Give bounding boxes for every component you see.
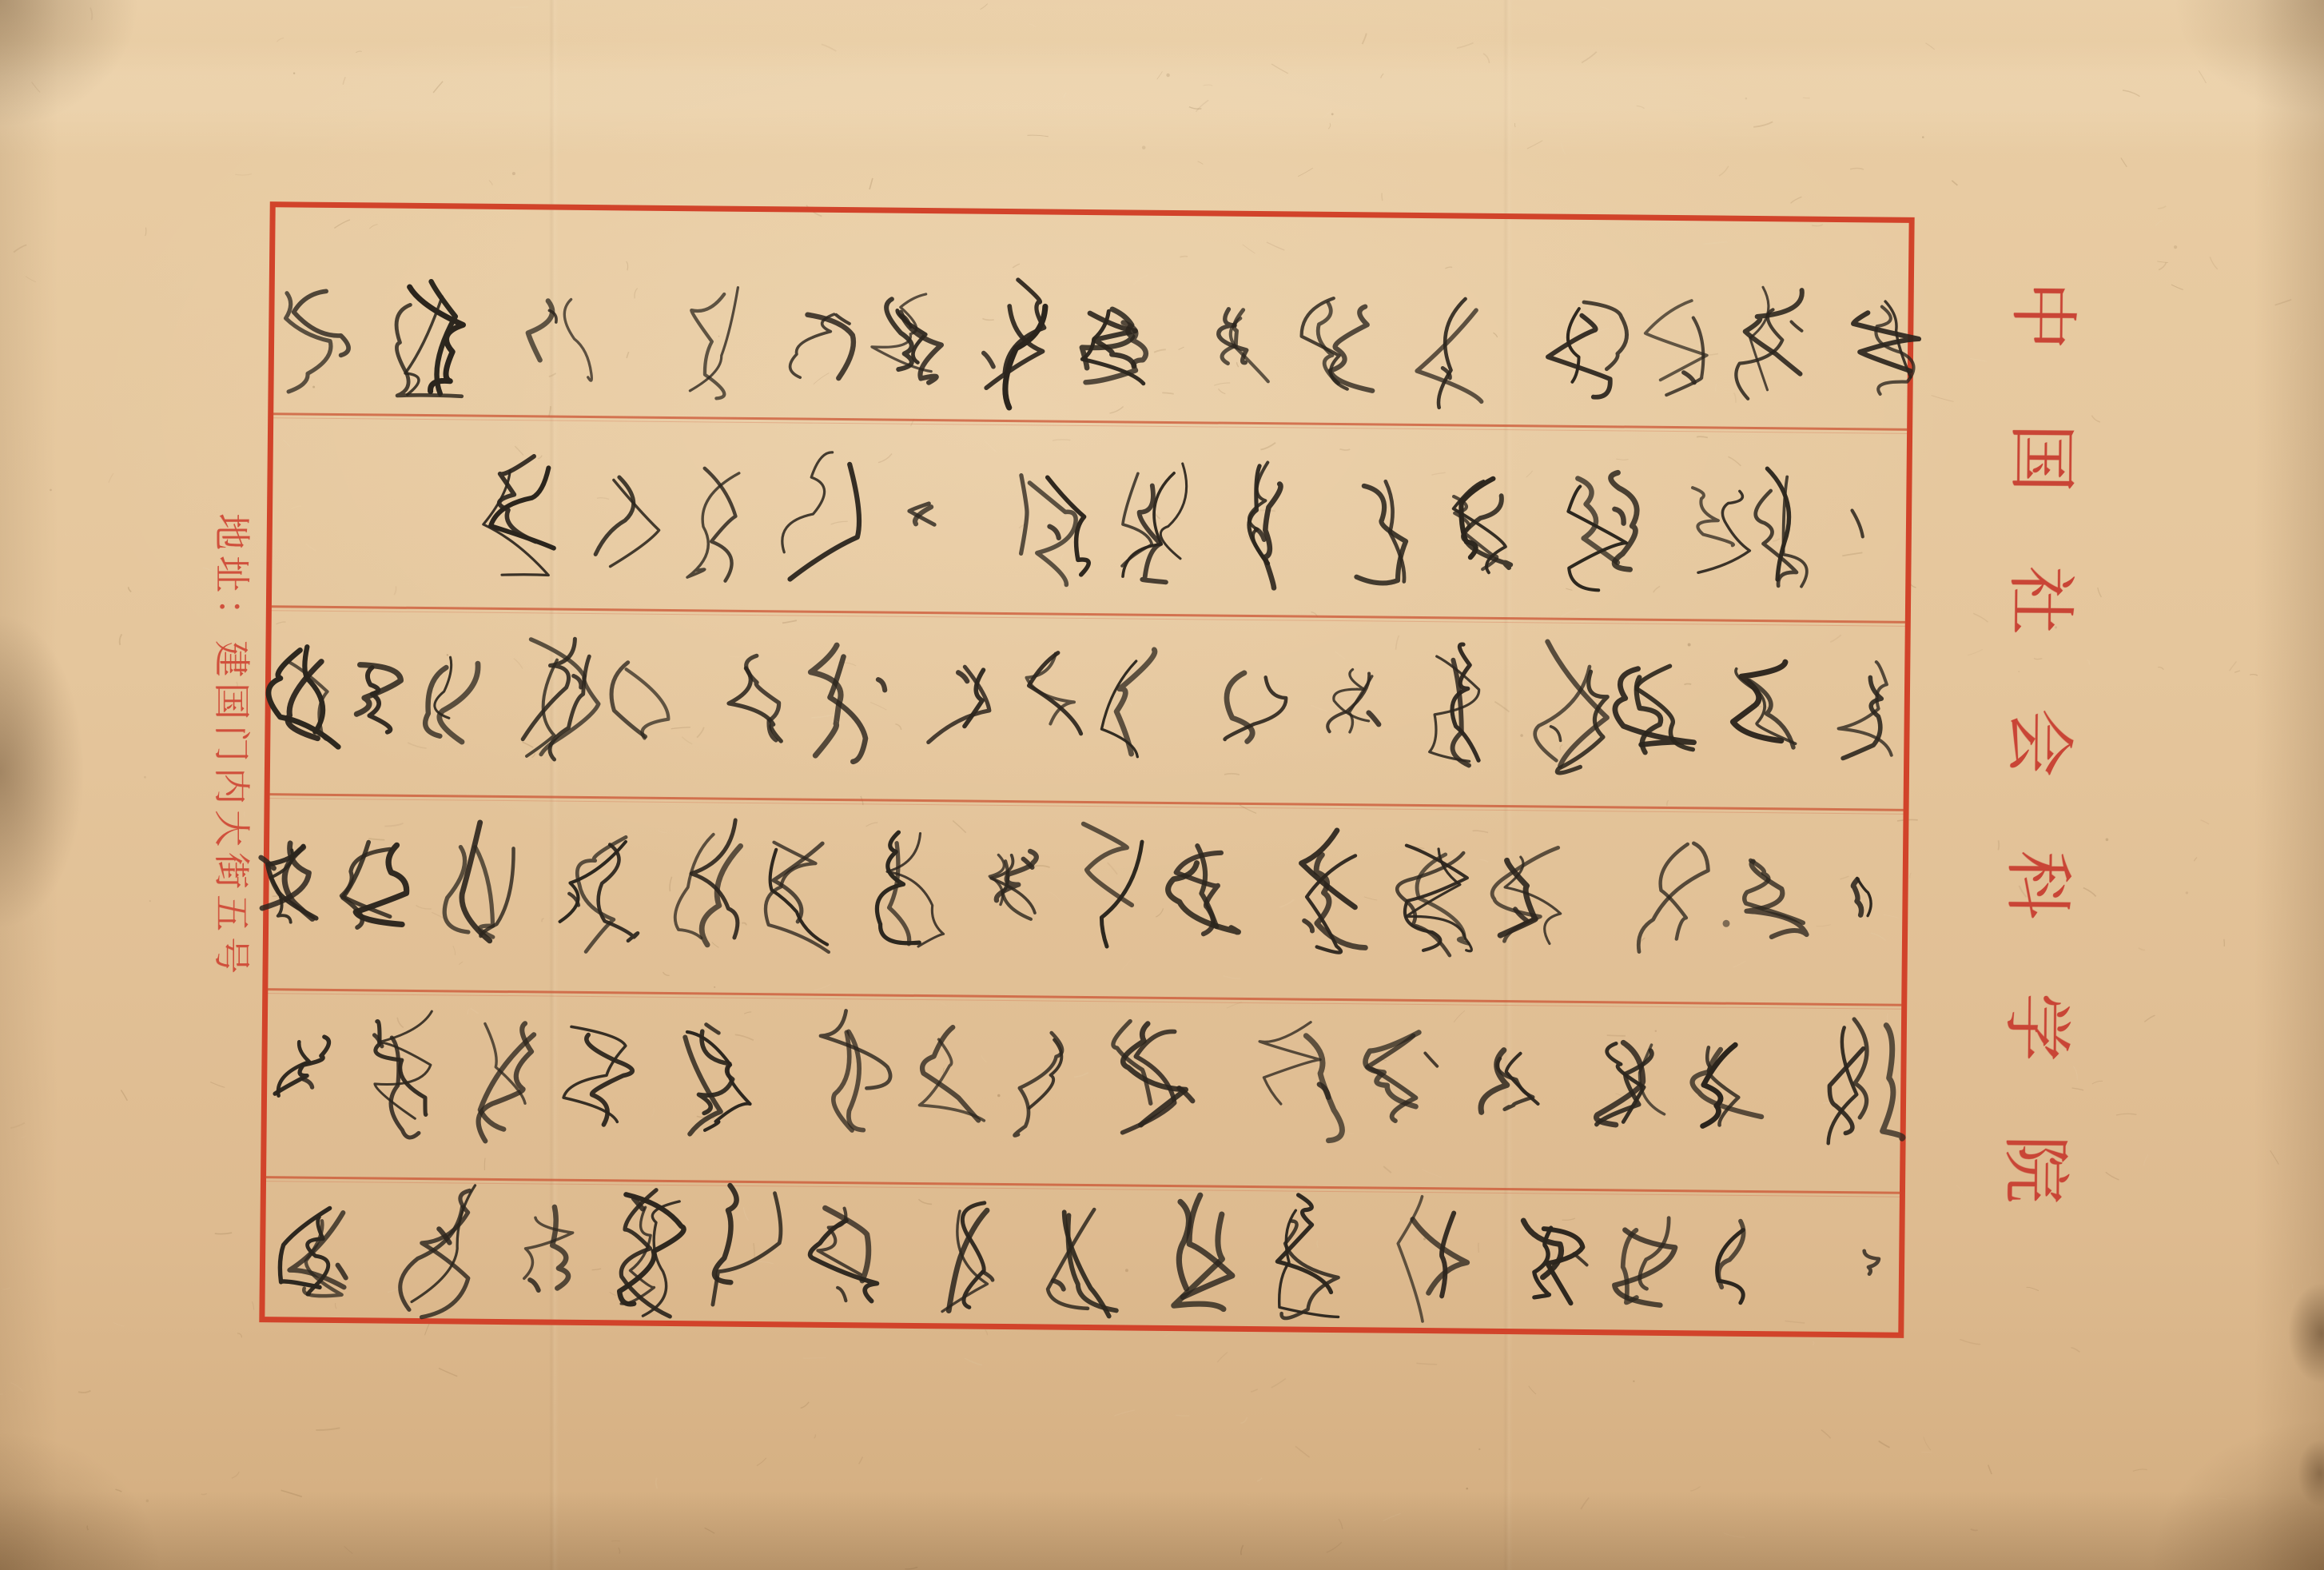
ruled-frame (259, 201, 1914, 1338)
rule-line (265, 1176, 1900, 1194)
letterhead-address: 地址：建国门内大街五号 (208, 513, 261, 1057)
rule-line (271, 605, 1906, 624)
letterhead-institution: 中国社会科学院 (1990, 281, 2099, 1369)
rule-line (273, 412, 1908, 431)
document-photo: 中国社会科学院 地址：建国门内大街五号 (0, 0, 2324, 1570)
rule-line (267, 988, 1902, 1006)
rule-line (269, 793, 1904, 811)
